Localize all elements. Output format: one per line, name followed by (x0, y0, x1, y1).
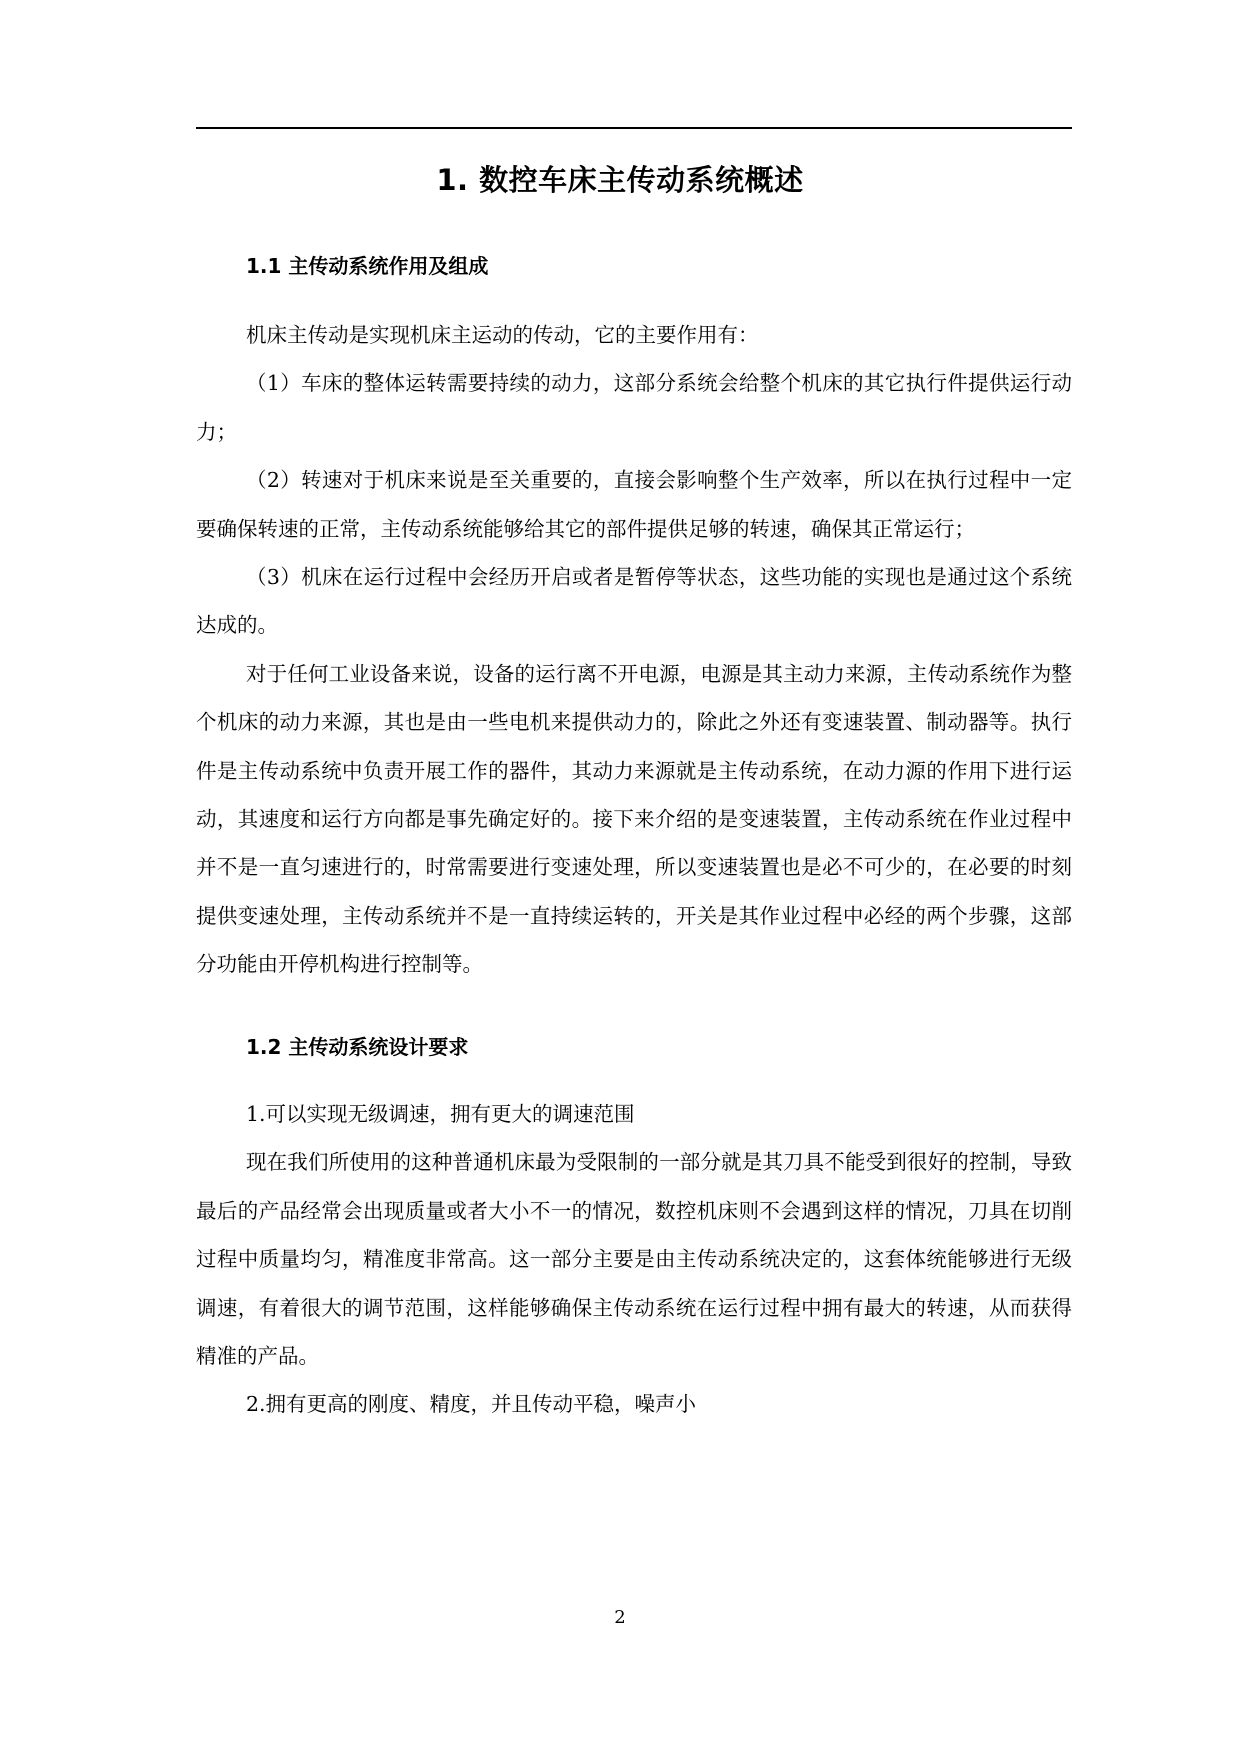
header-rule (196, 127, 1072, 129)
chapter-title: 1. 数控车床主传动系统概述 (0, 160, 1240, 200)
section-1-1-body: 机床主传动是实现机床主运动的传动，它的主要作用有： （1）车床的整体运转需要持续… (196, 311, 1072, 989)
paragraph: 现在我们所使用的这种普通机床最为受限制的一部分就是其刀具不能受到很好的控制，导致… (196, 1138, 1072, 1380)
section-1-2-body: 1.可以实现无级调速，拥有更大的调速范围 现在我们所使用的这种普通机床最为受限制… (196, 1090, 1072, 1429)
paragraph: 对于任何工业设备来说，设备的运行离不开电源，电源是其主动力来源，主传动系统作为整… (196, 650, 1072, 989)
section-heading-1-2: 1.2 主传动系统设计要求 (246, 1032, 468, 1062)
list-item: （1）车床的整体运转需要持续的动力，这部分系统会给整个机床的其它执行件提供运行动… (196, 359, 1072, 456)
list-item: （3）机床在运行过程中会经历开启或者是暂停等状态，这些功能的实现也是通过这个系统… (196, 553, 1072, 650)
requirement-item: 1.可以实现无级调速，拥有更大的调速范围 (196, 1090, 1072, 1138)
page-number: 2 (0, 1607, 1240, 1628)
paragraph: 机床主传动是实现机床主运动的传动，它的主要作用有： (196, 311, 1072, 359)
list-item: （2）转速对于机床来说是至关重要的，直接会影响整个生产效率，所以在执行过程中一定… (196, 456, 1072, 553)
requirement-item: 2.拥有更高的刚度、精度，并且传动平稳，噪声小 (196, 1380, 1072, 1428)
section-heading-1-1: 1.1 主传动系统作用及组成 (246, 251, 488, 281)
